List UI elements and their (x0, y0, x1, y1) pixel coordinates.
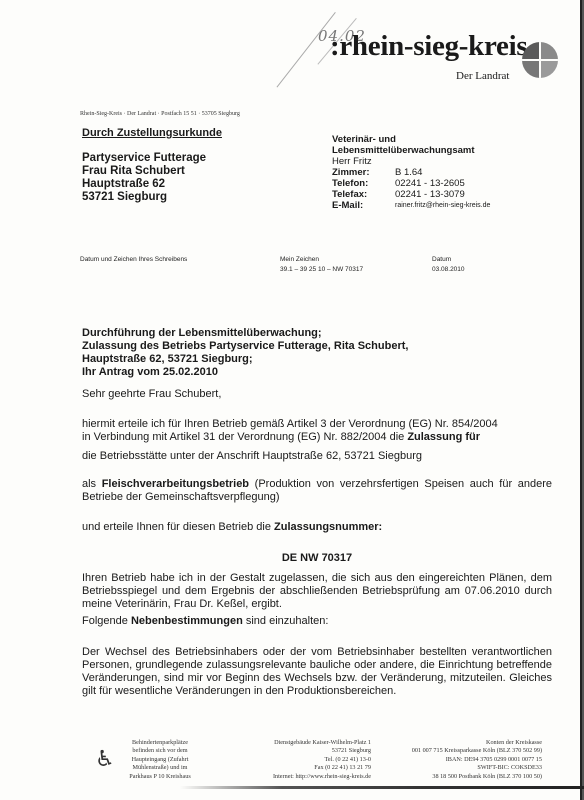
text: sind einzuhalten: (243, 615, 329, 627)
contact-row: Telefon:02241 - 13-2605 (332, 178, 490, 189)
your-letter-label: Datum und Zeichen Ihres Schreibens (80, 255, 187, 265)
wheelchair-icon: ♿ (95, 747, 115, 772)
footer-line: Fax (0 22 41) 13 21 79 (245, 764, 371, 772)
contact-person: Herr Fritz (332, 156, 490, 167)
date-label: Datum (432, 255, 465, 265)
sender-return-address: Rhein-Sieg-Kreis · Der Landrat · Postfac… (80, 111, 240, 117)
field-label: Zimmer: (332, 167, 395, 178)
footer-line: Behindertenparkplätze (122, 739, 198, 747)
approval-number: DE NW 70317 (82, 552, 552, 564)
my-reference: Mein Zeichen 39.1 – 39 25 10 – NW 70317 (280, 255, 363, 274)
footer-line: Tel. (0 22 41) 13-0 (245, 756, 371, 764)
footer-line: Dienstgebäude Kaiser-Wilhelm-Platz 1 (245, 739, 371, 747)
contact-row: Telefax:02241 - 13-3079 (332, 189, 490, 200)
contact-fields: Zimmer:B 1.64 Telefon:02241 - 13-2605 Te… (332, 167, 490, 211)
field-label: Telefon: (332, 178, 395, 189)
text: Folgende (82, 615, 131, 627)
footer-bank-accounts: Konten der Kreiskasse 001 007 715 Kreiss… (375, 739, 542, 781)
footer-line: Haupteingang (Zufahrt (122, 756, 198, 764)
my-reference-label: Mein Zeichen (280, 255, 363, 265)
footer-line: Mühlenstraße) und im (122, 764, 198, 772)
footer-line: 001 007 715 Kreissparkasse Köln (BLZ 370… (375, 747, 542, 755)
footer-parking-info: Behindertenparkplätze befinden sich vor … (122, 739, 198, 781)
delivery-method: Durch Zustellungsurkunde (82, 127, 222, 139)
emphasis: Fleischverarbeitungsbetrieb (102, 478, 249, 490)
footer-office-address: Dienstgebäude Kaiser-Wilhelm-Platz 1 537… (245, 739, 371, 781)
paragraph-line: hiermit erteile ich für Ihren Betrieb ge… (82, 418, 552, 431)
footer-line: 38 18 500 Postbank Köln (BLZ 370 100 50) (375, 773, 542, 781)
my-reference-value: 39.1 – 39 25 10 – NW 70317 (280, 265, 363, 275)
footer-line: Parkhaus P 10 Kreishaus (122, 773, 198, 781)
paragraph-conditions-intro: Folgende Nebenbestimmungen sind einzuhal… (82, 615, 552, 628)
subject-line: Zulassung des Betriebs Partyservice Futt… (82, 340, 408, 353)
paragraph-approval-scope: Ihren Betrieb habe ich in der Gestalt zu… (82, 572, 552, 611)
logo-emblem-icon (522, 42, 558, 78)
logo-subtitle: Der Landrat (456, 70, 509, 82)
text: als (82, 478, 102, 490)
scan-edge-bottom (180, 786, 584, 789)
emphasis: Zulassung für (407, 431, 480, 443)
fax-value: 02241 - 13-3079 (395, 189, 490, 200)
paragraph-approval-basis: hiermit erteile ich für Ihren Betrieb ge… (82, 418, 552, 444)
paragraph-condition-1: Der Wechsel des Betriebsinhabers oder de… (82, 646, 552, 698)
paragraph-business-type: als Fleischverarbeitungsbetrieb (Produkt… (82, 478, 552, 504)
footer-line: befinden sich vor dem (122, 747, 198, 755)
room-value: B 1.64 (395, 167, 490, 178)
paragraph-line: in Verbindung mit Artikel 31 der Verordn… (82, 431, 552, 444)
footer-line: Konten der Kreiskasse (375, 739, 542, 747)
address-line: Partyservice Futterage (82, 152, 206, 165)
subject-line: Hauptstraße 62, 53721 Siegburg; (82, 353, 408, 366)
footer-line: 53721 Siegburg (245, 747, 371, 755)
email-value: rainer.fritz@rhein-sieg-kreis.de (395, 200, 490, 211)
footer-line: IBAN: DE94 3705 0299 0001 0077 15 (375, 756, 542, 764)
text: und erteile Ihnen für diesen Betrieb die (82, 521, 274, 533)
contact-row: Zimmer:B 1.64 (332, 167, 490, 178)
logo-wordmark: :rhein-sieg-kreis (330, 30, 527, 63)
subject-line: Ihr Antrag vom 25.02.2010 (82, 366, 408, 379)
paragraph-premises: die Betriebsstätte unter der Anschrift H… (82, 450, 552, 463)
salutation: Sehr geehrte Frau Schubert, (82, 388, 552, 401)
field-label: E-Mail: (332, 200, 395, 211)
office-contact-block: Veterinär- und Lebensmittelüberwachungsa… (332, 134, 490, 211)
department-name: Veterinär- und (332, 134, 490, 145)
subject: Durchführung der Lebensmittelüberwachung… (82, 327, 408, 379)
text: in Verbindung mit Artikel 31 der Verordn… (82, 431, 407, 443)
address-line: Hauptstraße 62 (82, 178, 206, 191)
paragraph-approval-number-intro: und erteile Ihnen für diesen Betrieb die… (82, 521, 552, 534)
contact-row: E-Mail:rainer.fritz@rhein-sieg-kreis.de (332, 200, 490, 211)
field-label: Telefax: (332, 189, 395, 200)
date-value: 03.08.2010 (432, 265, 465, 275)
department-name: Lebensmittelüberwachungsamt (332, 145, 490, 156)
footer-line: SWIFT-BIC: COKSDE33 (375, 764, 542, 772)
footer-website: Internet: http://www.rhein-sieg-kreis.de (245, 773, 371, 781)
letter-date: Datum 03.08.2010 (432, 255, 465, 274)
address-line: 53721 Siegburg (82, 191, 206, 204)
emphasis: Nebenbestimmungen (131, 615, 243, 627)
emphasis: Zulassungsnummer: (274, 521, 382, 533)
phone-value: 02241 - 13-2605 (395, 178, 490, 189)
pen-stroke (277, 12, 336, 87)
address-line: Frau Rita Schubert (82, 165, 206, 178)
recipient-address: Partyservice Futterage Frau Rita Schuber… (82, 152, 206, 204)
subject-line: Durchführung der Lebensmittelüberwachung… (82, 327, 408, 340)
